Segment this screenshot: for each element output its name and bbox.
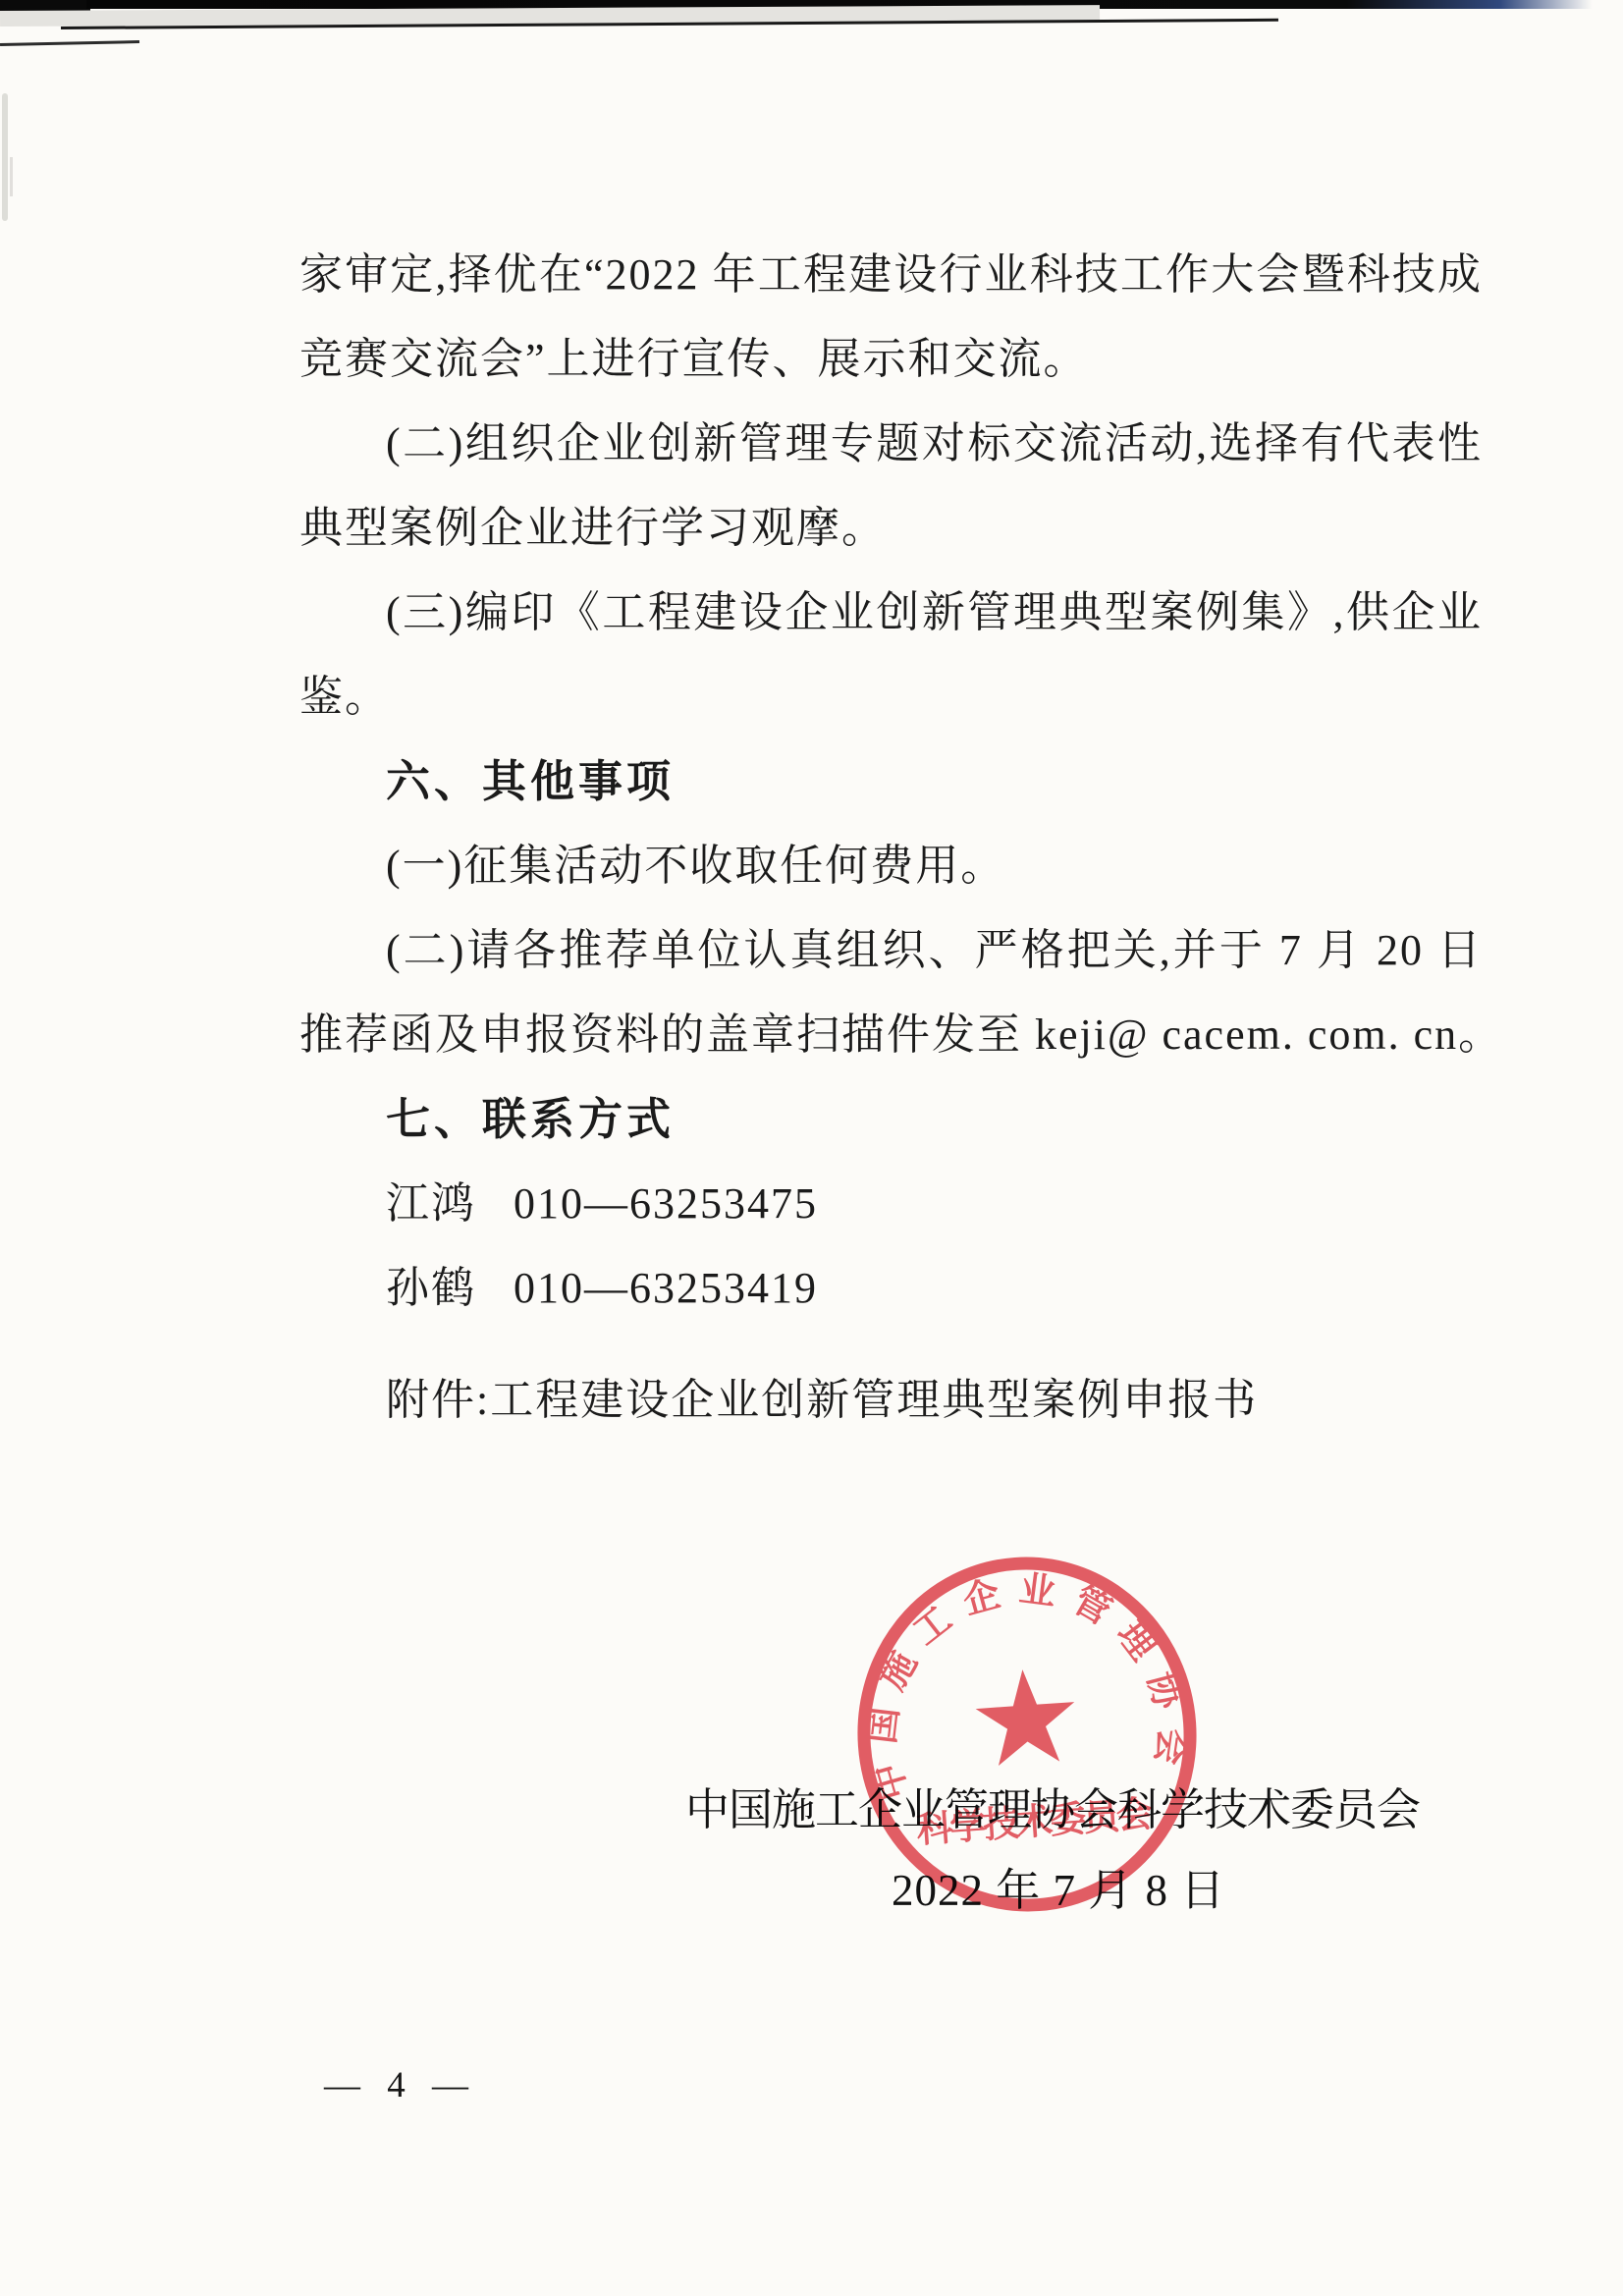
section-heading: 七、联系方式 xyxy=(299,1077,1483,1162)
scanned-document-page: 家审定,择优在“2022 年工程建设行业科技工作大会暨科技成果竞赛交流会”上进行… xyxy=(0,0,1623,2296)
document-line: 竞赛交流会”上进行宣传、展示和交流。 xyxy=(299,317,1483,402)
contact-phone: 010—63253419 xyxy=(514,1264,818,1312)
document-line: 推荐函及申报资料的盖章扫描件发至 keji@ cacem. com. cn。 xyxy=(299,993,1483,1077)
scan-artifact-left-smudge xyxy=(10,157,13,196)
document-line: 家审定,择优在“2022 年工程建设行业科技工作大会暨科技成果 xyxy=(299,233,1483,317)
document-line: 典型案例企业进行学习观摩。 xyxy=(299,486,1483,571)
document-line: 鉴。 xyxy=(299,655,1483,739)
document-line: 附件:工程建设企业创新管理典型案例申报书 xyxy=(299,1358,1483,1443)
contact-line: 江鸿010—63253475 xyxy=(299,1162,1483,1246)
seal-center-text: 科学技术委员会 xyxy=(915,1793,1154,1850)
document-text-block: 家审定,择优在“2022 年工程建设行业科技工作大会暨科技成果竞赛交流会”上进行… xyxy=(299,233,1483,1443)
contact-name: 孙鹤 xyxy=(386,1264,476,1312)
scan-artifact-left-smudge xyxy=(2,93,8,221)
document-line: (一)征集活动不收取任何费用。 xyxy=(299,824,1483,908)
document-line: (二)组织企业创新管理专题对标交流活动,选择有代表性的 xyxy=(299,402,1483,486)
document-line: (二)请各推荐单位认真组织、严格把关,并于 7 月 20 日前将 xyxy=(299,908,1483,993)
contact-line: 孙鹤010—63253419 xyxy=(299,1246,1483,1331)
contact-phone: 010—63253475 xyxy=(514,1179,818,1228)
contact-name: 江鸿 xyxy=(386,1179,476,1228)
document-line: (三)编印《工程建设企业创新管理典型案例集》,供企业借 xyxy=(299,571,1483,655)
seal-star-icon xyxy=(973,1667,1078,1768)
page-number: — 4 — xyxy=(324,2064,477,2106)
scan-artifact-short-line xyxy=(0,40,139,46)
official-seal: 中国施工企业管理协会 科学技术委员会 xyxy=(831,1538,1223,1931)
section-heading: 六、其他事项 xyxy=(299,739,1483,824)
